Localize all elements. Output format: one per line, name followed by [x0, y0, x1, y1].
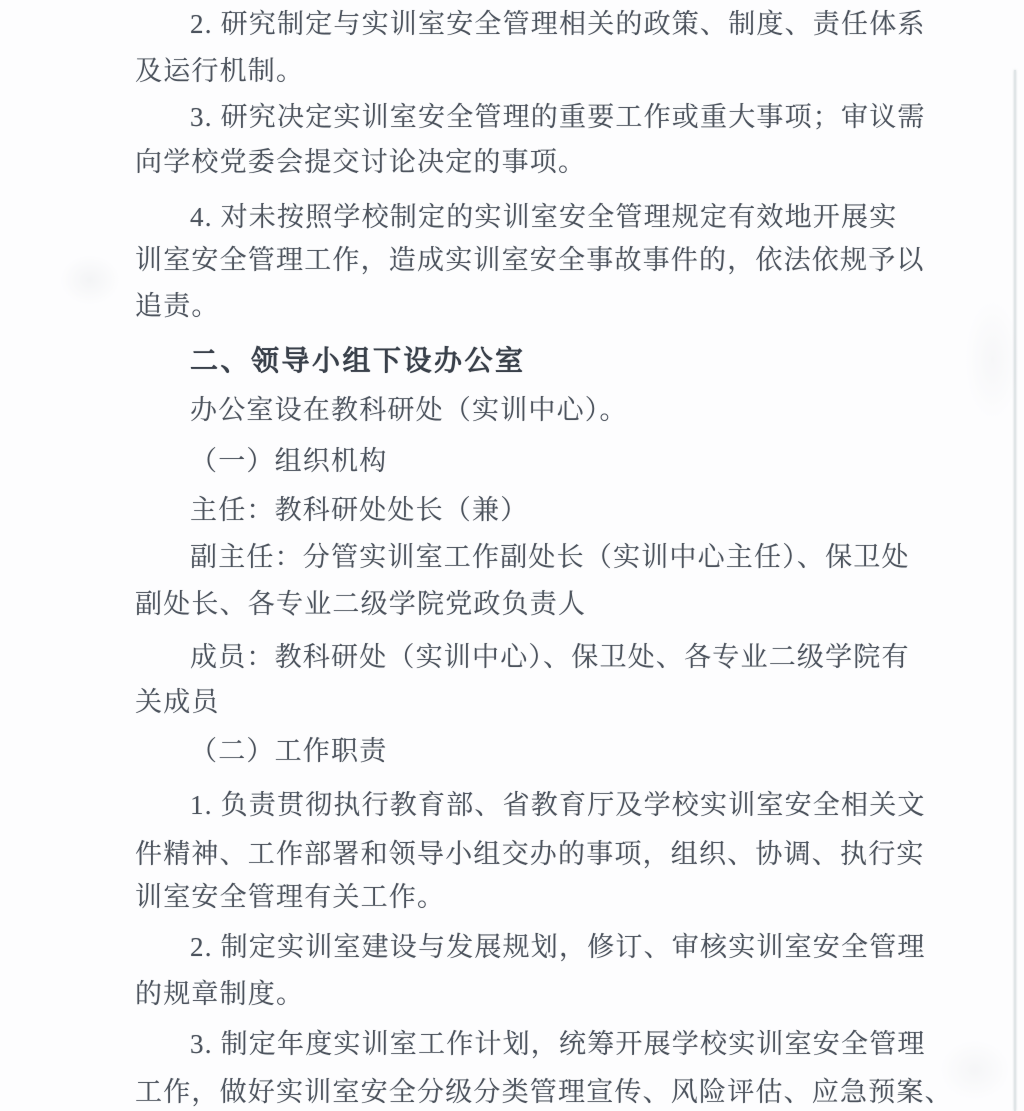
- text-line: 件精神、工作部署和领导小组交办的事项，组织、协调、执行实: [135, 839, 925, 869]
- text-line: 追责。: [135, 291, 220, 321]
- text-line: 2. 制定实训室建设与发展规划，修订、审核实训室安全管理: [190, 932, 926, 962]
- scan-smudge: [965, 300, 1020, 420]
- text-line: 3. 研究决定实训室安全管理的重要工作或重大事项；审议需: [190, 102, 926, 132]
- text-line: （二）工作职责: [190, 736, 387, 766]
- text-line: 副主任：分管实训室工作副处长（实训中心主任）、保卫处: [190, 542, 910, 572]
- section-heading: 二、领导小组下设办公室: [190, 346, 526, 376]
- text-line: 1. 负责贯彻执行教育部、省教育厅及学校实训室安全相关文: [190, 790, 926, 820]
- text-line: 及运行机制。: [135, 56, 304, 86]
- text-line: 主任：教科研处处长（兼）: [190, 495, 528, 525]
- text-line: 工作，做好实训室安全分级分类管理宣传、风险评估、应急预案、: [135, 1077, 953, 1107]
- text-line: 4. 对未按照学校制定的实训室安全管理规定有效地开展实: [190, 202, 897, 232]
- text-line: 3. 制定年度实训室工作计划，统筹开展学校实训室安全管理: [190, 1029, 926, 1059]
- scan-smudge: [60, 255, 120, 305]
- scanned-document-page: 2. 研究制定与实训室安全管理相关的政策、制度、责任体系及运行机制。3. 研究决…: [0, 0, 1024, 1111]
- text-line: 的规章制度。: [135, 979, 304, 1009]
- text-line: （一）组织机构: [190, 446, 387, 476]
- text-line: 2. 研究制定与实训室安全管理相关的政策、制度、责任体系: [190, 9, 926, 39]
- text-line: 办公室设在教科研处（实训中心）。: [190, 395, 628, 425]
- text-line: 向学校党委会提交讨论决定的事项。: [135, 147, 586, 177]
- text-line: 训室安全管理工作，造成实训室安全事故事件的，依法依规予以: [135, 245, 925, 275]
- text-line: 成员：教科研处（实训中心）、保卫处、各专业二级学院有: [190, 642, 910, 672]
- text-line: 训室安全管理有关工作。: [135, 882, 445, 912]
- text-line: 副处长、各专业二级学院党政负责人: [135, 589, 586, 619]
- text-line: 关成员: [135, 687, 220, 717]
- scan-edge-artifact: [1014, 70, 1016, 1111]
